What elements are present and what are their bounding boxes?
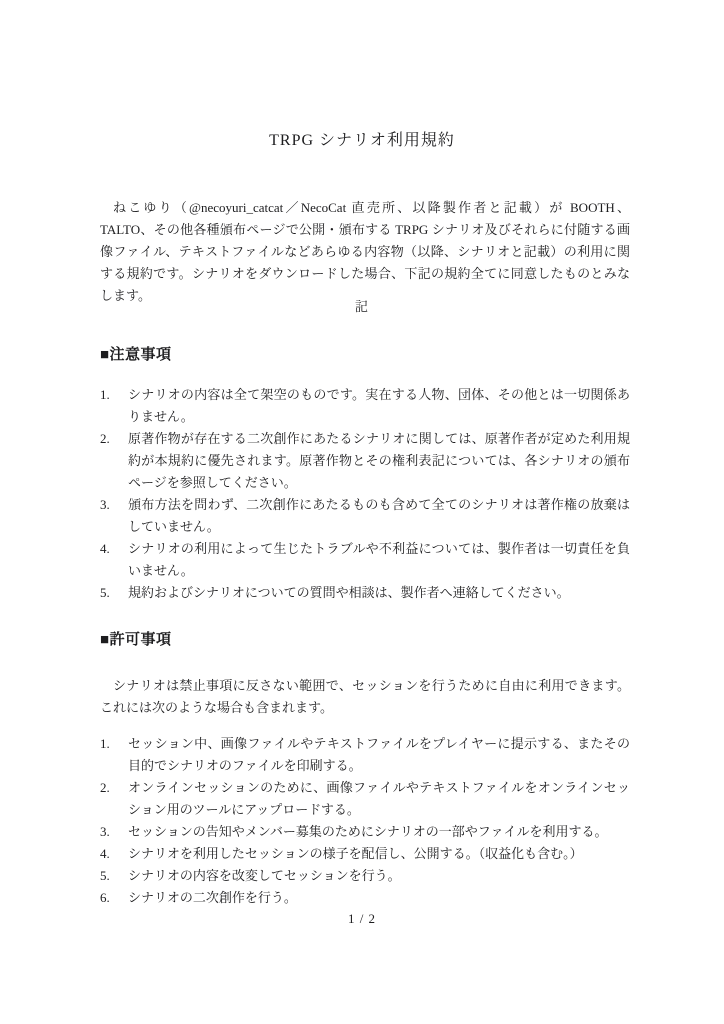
list-item-text: シナリオを利用したセッションの様子を配信し、公開する。（収益化も含む。） [128,843,630,865]
list-item-number: 5. [100,582,128,604]
list-item-text: シナリオの利用によって生じたトラブルや不利益については、製作者は一切責任を負いま… [128,538,630,582]
list-item: 3. セッションの告知やメンバー募集のためにシナリオの一部やファイルを利用する。 [100,821,630,843]
list-item-text: 頒布方法を問わず、二次創作にあたるものも含めて全てのシナリオは著作権の放棄はして… [128,494,630,538]
list-item-number: 3. [100,494,128,538]
list-item: 3. 頒布方法を問わず、二次創作にあたるものも含めて全てのシナリオは著作権の放棄… [100,494,630,538]
list-item: 2. 原著作物が存在する二次創作にあたるシナリオに関しては、原著作者が定めた利用… [100,428,630,494]
permissions-list: 1. セッション中、画像ファイルやテキストファイルをプレイヤーに提示する、またそ… [100,733,630,909]
list-item-number: 1. [100,384,128,428]
notes-list: 1. シナリオの内容は全て架空のものです。実在する人物、団体、その他とは一切関係… [100,384,630,604]
list-item-number: 4. [100,843,128,865]
list-item-number: 6. [100,887,128,909]
list-item: 4. シナリオを利用したセッションの様子を配信し、公開する。（収益化も含む。） [100,843,630,865]
list-item-text: シナリオの二次創作を行う。 [128,887,630,909]
ki-marker: 記 [0,296,724,315]
list-item-text: 規約およびシナリオについての質問や相談は、製作者へ連絡してください。 [128,582,630,604]
list-item: 5. シナリオの内容を改変してセッションを行う。 [100,865,630,887]
list-item-number: 5. [100,865,128,887]
list-item-number: 4. [100,538,128,582]
list-item-number: 1. [100,733,128,777]
document-title: TRPG シナリオ利用規約 [0,127,724,150]
list-item-number: 3. [100,821,128,843]
list-item-number: 2. [100,428,128,494]
intro-paragraph: ねこゆり（@necoyuri_catcat／NecoCat 直売所、以降製作者と… [100,197,630,307]
section-heading-permissions: ■許可事項 [100,628,630,649]
page-number: 1 / 2 [0,911,724,927]
list-item-text: セッションの告知やメンバー募集のためにシナリオの一部やファイルを利用する。 [128,821,630,843]
list-item: 2. オンラインセッションのために、画像ファイルやテキストファイルをオンラインセ… [100,777,630,821]
list-item-text: シナリオの内容は全て架空のものです。実在する人物、団体、その他とは一切関係ありま… [128,384,630,428]
list-item-text: セッション中、画像ファイルやテキストファイルをプレイヤーに提示する、またその目的… [128,733,630,777]
list-item: 6. シナリオの二次創作を行う。 [100,887,630,909]
list-item-text: 原著作物が存在する二次創作にあたるシナリオに関しては、原著作者が定めた利用規約が… [128,428,630,494]
permissions-intro: シナリオは禁止事項に反さない範囲で、セッションを行うために自由に利用できます。こ… [100,675,630,719]
list-item: 5. 規約およびシナリオについての質問や相談は、製作者へ連絡してください。 [100,582,630,604]
list-item: 1. セッション中、画像ファイルやテキストファイルをプレイヤーに提示する、またそ… [100,733,630,777]
list-item: 1. シナリオの内容は全て架空のものです。実在する人物、団体、その他とは一切関係… [100,384,630,428]
list-item-text: オンラインセッションのために、画像ファイルやテキストファイルをオンラインセッショ… [128,777,630,821]
list-item: 4. シナリオの利用によって生じたトラブルや不利益については、製作者は一切責任を… [100,538,630,582]
document-page: TRPG シナリオ利用規約 ねこゆり（@necoyuri_catcat／Neco… [0,0,724,1024]
list-item-number: 2. [100,777,128,821]
list-item-text: シナリオの内容を改変してセッションを行う。 [128,865,630,887]
section-heading-notes: ■注意事項 [100,343,630,364]
